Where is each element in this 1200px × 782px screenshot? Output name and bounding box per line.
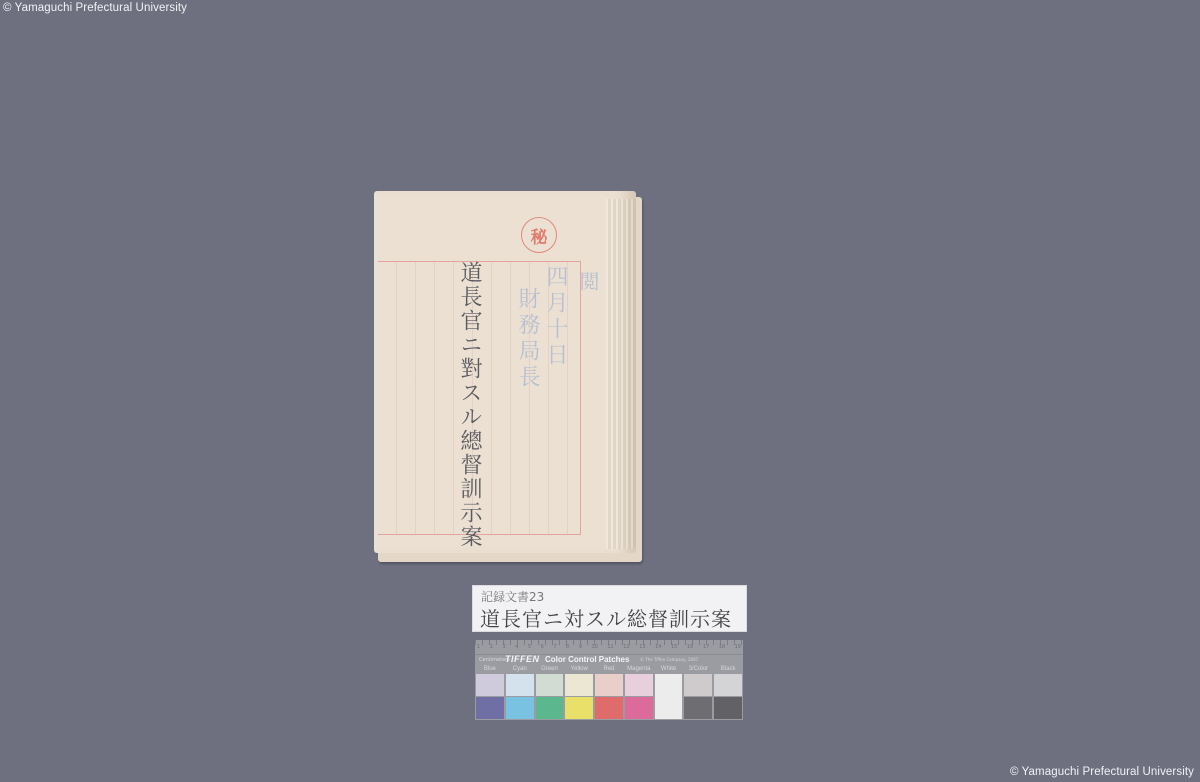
ruler-number: 8 xyxy=(566,644,569,650)
patch-dark xyxy=(595,697,623,719)
color-patches xyxy=(475,674,743,720)
ruler-number: 2 xyxy=(490,644,493,650)
ruler-number: 9 xyxy=(579,644,582,650)
ruler-number: 5 xyxy=(528,644,531,650)
patch-label: Green xyxy=(535,666,565,672)
catalog-label: 記録文書23 道長官ニ対スル総督訓示案 xyxy=(472,585,747,632)
ruler-number: 16 xyxy=(687,644,693,650)
pencil-note-3: 閲 xyxy=(574,271,603,295)
color-patch-yellow xyxy=(564,674,594,720)
ruler-number: 4 xyxy=(515,644,518,650)
ruler-number: 13 xyxy=(639,644,645,650)
patch-light xyxy=(506,674,534,696)
patch-label: Black xyxy=(713,666,743,672)
patch-light xyxy=(595,674,623,696)
ruler-number: 17 xyxy=(703,644,709,650)
color-patch-green xyxy=(535,674,565,720)
copyright-bottom-right: © Yamaguchi Prefectural University xyxy=(1010,766,1194,778)
ruler-number: 14 xyxy=(655,644,661,650)
brand-logo: TIFFEN xyxy=(505,654,540,664)
color-patch-cyan xyxy=(505,674,535,720)
color-patch-3-color xyxy=(683,674,713,720)
patch-dark xyxy=(536,697,564,719)
ruler-number: 19 xyxy=(735,644,741,650)
patch-label: Red xyxy=(594,666,624,672)
patch-light xyxy=(565,674,593,696)
product-name: Color Control Patches xyxy=(545,655,629,664)
document-title-vertical: 道長官ニ對スル總督訓示案 xyxy=(454,261,484,549)
color-patch-red xyxy=(594,674,624,720)
ruler-number: 11 xyxy=(607,644,613,650)
patch-label: Blue xyxy=(475,666,505,672)
ruler-number: 1 xyxy=(477,644,480,650)
patch-light xyxy=(714,674,742,696)
patch-light xyxy=(625,674,653,696)
secret-seal-stamp: 秘 xyxy=(521,217,557,253)
document-cover-page: 秘 財務局長 四月十日 閲 道長官ニ對スル總督訓示案 xyxy=(374,191,636,553)
ruler-number: 15 xyxy=(671,644,677,650)
patch-dark xyxy=(506,697,534,719)
patch-light xyxy=(536,674,564,696)
catalog-title: 道長官ニ対スル総督訓示案 xyxy=(480,603,732,632)
patch-light xyxy=(476,674,504,696)
ruler-numbers: 12345678910111213141516171819 xyxy=(477,644,741,650)
ruler-number: 12 xyxy=(623,644,629,650)
patch-label: White xyxy=(654,666,684,672)
patch-dark xyxy=(625,697,653,719)
patch-dark xyxy=(565,697,593,719)
ruler-number: 6 xyxy=(541,644,544,650)
chart-brand-row: Centimeters TIFFEN Color Control Patches… xyxy=(475,654,743,666)
patch-label: Cyan xyxy=(505,666,535,672)
color-control-chart: 12345678910111213141516171819 Centimeter… xyxy=(475,640,743,720)
patch-dark xyxy=(684,697,712,719)
chart-copyright: © The Tiffen Company, 2007 xyxy=(640,657,698,662)
patch-label: Yellow xyxy=(564,666,594,672)
ruler-number: 18 xyxy=(719,644,725,650)
copyright-top-left: © Yamaguchi Prefectural University xyxy=(3,2,187,14)
ruler-number: 7 xyxy=(553,644,556,650)
patch-label: 3/Color xyxy=(683,666,713,672)
color-patch-magenta xyxy=(624,674,654,720)
color-patch-white xyxy=(654,674,684,720)
archival-document: 秘 財務局長 四月十日 閲 道長官ニ對スル總督訓示案 xyxy=(374,191,640,560)
ruler-number: 10 xyxy=(591,644,597,650)
patch-label: Magenta xyxy=(624,666,654,672)
frayed-edge xyxy=(606,199,636,549)
patch-dark xyxy=(476,697,504,719)
patch-dark xyxy=(714,697,742,719)
pencil-note-2: 四月十日 xyxy=(540,265,571,369)
pencil-note-1: 財務局長 xyxy=(512,287,543,391)
color-patch-blue xyxy=(475,674,505,720)
patch-labels: BlueCyanGreenYellowRedMagentaWhite3/Colo… xyxy=(475,666,743,672)
patch-light xyxy=(655,674,683,719)
patch-light xyxy=(684,674,712,696)
color-patch-black xyxy=(713,674,743,720)
ruler-number: 3 xyxy=(502,644,505,650)
